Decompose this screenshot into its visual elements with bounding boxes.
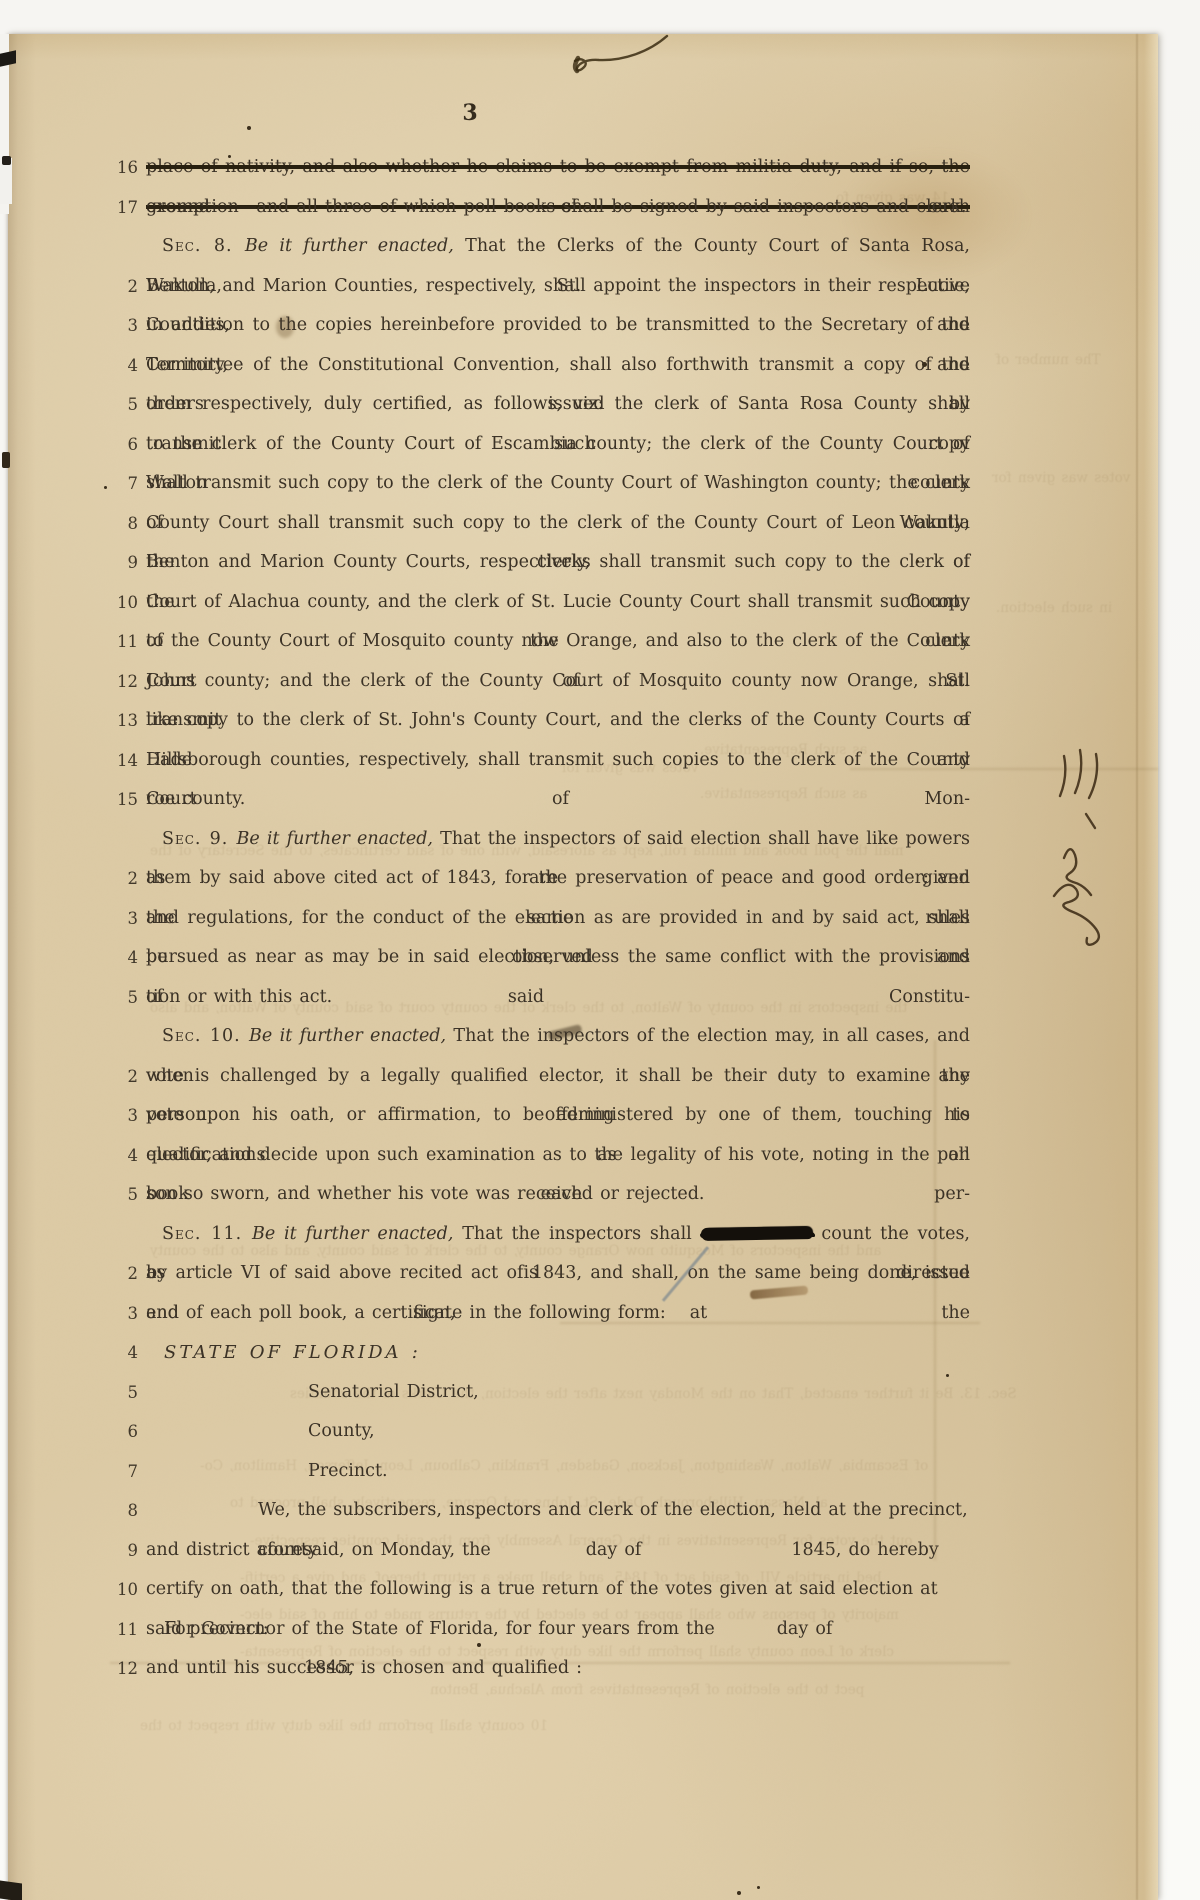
line-number: 5	[102, 978, 138, 1018]
paper-tear	[2, 156, 11, 165]
document-line: 5Senatorial District,	[102, 1373, 970, 1413]
line-number: 12	[102, 1649, 138, 1689]
document-line: 5them respectively, duly certified, as f…	[102, 385, 970, 425]
document-line: 15roe county.	[102, 780, 970, 820]
document-line: 9and district aforesaid, on Monday, thed…	[102, 1531, 970, 1571]
text-segment: Senatorial District,	[308, 1382, 479, 1402]
line-number: 15	[102, 780, 138, 820]
text-segment: Sec. 8.	[162, 236, 245, 256]
ink-blot-redaction	[701, 1226, 813, 1241]
ink-speck	[104, 486, 107, 489]
text-segment: Be it further enacted,	[249, 1026, 446, 1046]
document-line: 12and until his successor is chosen and …	[102, 1649, 970, 1689]
text-segment: exemption—	[146, 197, 256, 217]
text-segment: STATE OF FLORIDA :	[164, 1342, 421, 1363]
document-line: 4Committee of the Constitutional Convent…	[102, 346, 970, 386]
text-segment: and all three of which poll books shall …	[256, 197, 966, 217]
document-line: 12Johns county; and the clerk of the Cou…	[102, 662, 970, 702]
text-segment: and until his successor is chosen and qu…	[146, 1658, 582, 1678]
text-segment: 1845, do hereby	[791, 1540, 938, 1560]
line-number: 14	[102, 741, 138, 781]
line-number: 8	[102, 504, 138, 544]
section-line: Sec. 10. Be it further enacted, That the…	[102, 1017, 970, 1057]
handwritten-marginalia	[1042, 738, 1162, 928]
document-line: 4elector, and decide upon such examinati…	[102, 1136, 970, 1176]
blank-field	[715, 1633, 777, 1634]
text-segment: Sec. 11.	[162, 1224, 252, 1244]
document-line: 3in addition to the copies hereinbefore …	[102, 306, 970, 346]
line-number: 6	[102, 1412, 138, 1452]
text-segment: son so sworn, and whether his vote was r…	[146, 1184, 705, 1204]
document-line: 5son so sworn, and whether his vote was …	[102, 1175, 970, 1215]
text-segment: Be it further enacted,	[245, 236, 454, 256]
line-number: 5	[102, 1175, 138, 1215]
document-line: 14Hillsborough counties, respectively, s…	[102, 741, 970, 781]
document-line: 7shall transmit such copy to the clerk o…	[102, 464, 970, 504]
verso-bleed-text: 10 county shall perform the like duty wi…	[140, 1718, 548, 1734]
line-number: 3	[102, 306, 138, 346]
document-line: 2Benton, and Marion Counties, respective…	[102, 267, 970, 307]
text-segment: end of each poll book, a certificate in …	[146, 1303, 666, 1323]
ink-squiggle-mark	[545, 30, 675, 80]
document-line: 8County Court shall transmit such copy t…	[102, 504, 970, 544]
text-segment: For Governor of the State of Florida, fo…	[164, 1619, 715, 1639]
line-number: 11	[102, 622, 138, 662]
paper-fold-edge	[1136, 34, 1138, 1900]
document-line: 4STATE OF FLORIDA :	[102, 1333, 970, 1373]
document-line: 7Precinct.	[102, 1452, 970, 1492]
line-number: 10	[102, 1570, 138, 1610]
line-number: 13	[102, 701, 138, 741]
document-line: 2vote is challenged by a legally qualifi…	[102, 1057, 970, 1097]
text-segment: roe county.	[146, 789, 245, 809]
line-number: 11	[102, 1610, 138, 1650]
line-number: 12	[102, 662, 138, 702]
line-number: 9	[102, 543, 138, 583]
document-line: 4pursued as near as may be in said elect…	[102, 938, 970, 978]
line-number: 6	[102, 425, 138, 465]
document-line: 3and regulations, for the conduct of the…	[102, 899, 970, 939]
document-line: 6County,	[102, 1412, 970, 1452]
line-number: 2	[102, 267, 138, 307]
ink-speck	[946, 1374, 949, 1377]
document-line: 8We, the subscribers, inspectors and cle…	[102, 1491, 970, 1531]
line-number: 4	[102, 1136, 138, 1176]
line-number: 3	[102, 1096, 138, 1136]
line-number: 2	[102, 859, 138, 899]
line-number: 17	[102, 188, 138, 228]
text-segment: tion or with this act.	[146, 987, 332, 1007]
document-line: 16place of nativity, and also whether he…	[102, 148, 970, 188]
document-line: 11For Governor of the State of Florida, …	[102, 1610, 970, 1650]
text-segment: and district aforesaid, on Monday, the	[146, 1540, 491, 1560]
line-number: 2	[102, 1057, 138, 1097]
paper-tear	[2, 452, 10, 468]
document-line: 17exemption—and all three of which poll …	[102, 188, 970, 228]
blank-field	[641, 1554, 791, 1555]
ink-speck	[228, 155, 231, 158]
line-number: 2	[102, 1254, 138, 1294]
line-number: 7	[102, 464, 138, 504]
section-line: Sec. 8. Be it further enacted, That the …	[102, 227, 970, 267]
document-line: 2them by said above cited act of 1843, f…	[102, 859, 970, 899]
document-line: 10Court of Alachua county, and the clerk…	[102, 583, 970, 623]
line-number: 4	[102, 346, 138, 386]
text-segment: Be it further enacted,	[237, 829, 433, 849]
ink-speck	[247, 126, 251, 130]
line-number: 4	[102, 938, 138, 978]
document-line: 2by article VI of said above recited act…	[102, 1254, 970, 1294]
line-number: 5	[102, 385, 138, 425]
ink-speck	[737, 1891, 741, 1895]
blank-field	[491, 1554, 586, 1555]
ink-speck	[757, 1886, 760, 1889]
document-line: 6to the clerk of the County Court of Esc…	[102, 425, 970, 465]
line-number: 7	[102, 1452, 138, 1492]
ink-speck	[916, 560, 919, 563]
ink-speck	[477, 1643, 481, 1647]
text-block: 16place of nativity, and also whether he…	[102, 148, 970, 1689]
document-line: 9Benton and Marion County Courts, respec…	[102, 543, 970, 583]
page-number: 3	[400, 100, 540, 126]
line-number: 8	[102, 1491, 138, 1531]
text-segment: That the inspectors shall	[453, 1224, 700, 1244]
verso-bleed-text: votes was given for	[992, 470, 1130, 486]
text-segment: day of	[777, 1619, 833, 1639]
section-line: Sec. 9. Be it further enacted, That the …	[102, 820, 970, 860]
line-number: 4	[102, 1333, 138, 1373]
document-line: 10certify on oath, that the following is…	[102, 1570, 970, 1610]
line-number: 3	[102, 899, 138, 939]
document-line: 11of the County Court of Mosquito county…	[102, 622, 970, 662]
text-segment: Precinct.	[308, 1461, 388, 1481]
text-segment: Be it further enacted,	[252, 1224, 453, 1244]
document-line: 13like copy to the clerk of St. John's C…	[102, 701, 970, 741]
document-line: 3vote upon his oath, or affirmation, to …	[102, 1096, 970, 1136]
document-line: 3end of each poll book, a certificate in…	[102, 1294, 970, 1334]
line-number: 10	[102, 583, 138, 623]
text-segment: Sec. 9.	[162, 829, 237, 849]
section-line: Sec. 11. Be it further enacted, That the…	[102, 1215, 970, 1255]
line-number: 3	[102, 1294, 138, 1334]
paper-tear	[0, 1880, 22, 1900]
text-segment: County,	[308, 1421, 375, 1441]
verso-bleed-text: The number of	[996, 352, 1101, 368]
text-segment: Sec. 10.	[162, 1026, 249, 1046]
line-number: 5	[102, 1373, 138, 1413]
text-segment: day of	[586, 1540, 642, 1560]
line-number: 16	[102, 148, 138, 188]
document-line: 5tion or with this act.	[102, 978, 970, 1018]
ink-speck	[922, 362, 927, 367]
line-number: 9	[102, 1531, 138, 1571]
verso-bleed-text: in such election.	[996, 600, 1112, 616]
